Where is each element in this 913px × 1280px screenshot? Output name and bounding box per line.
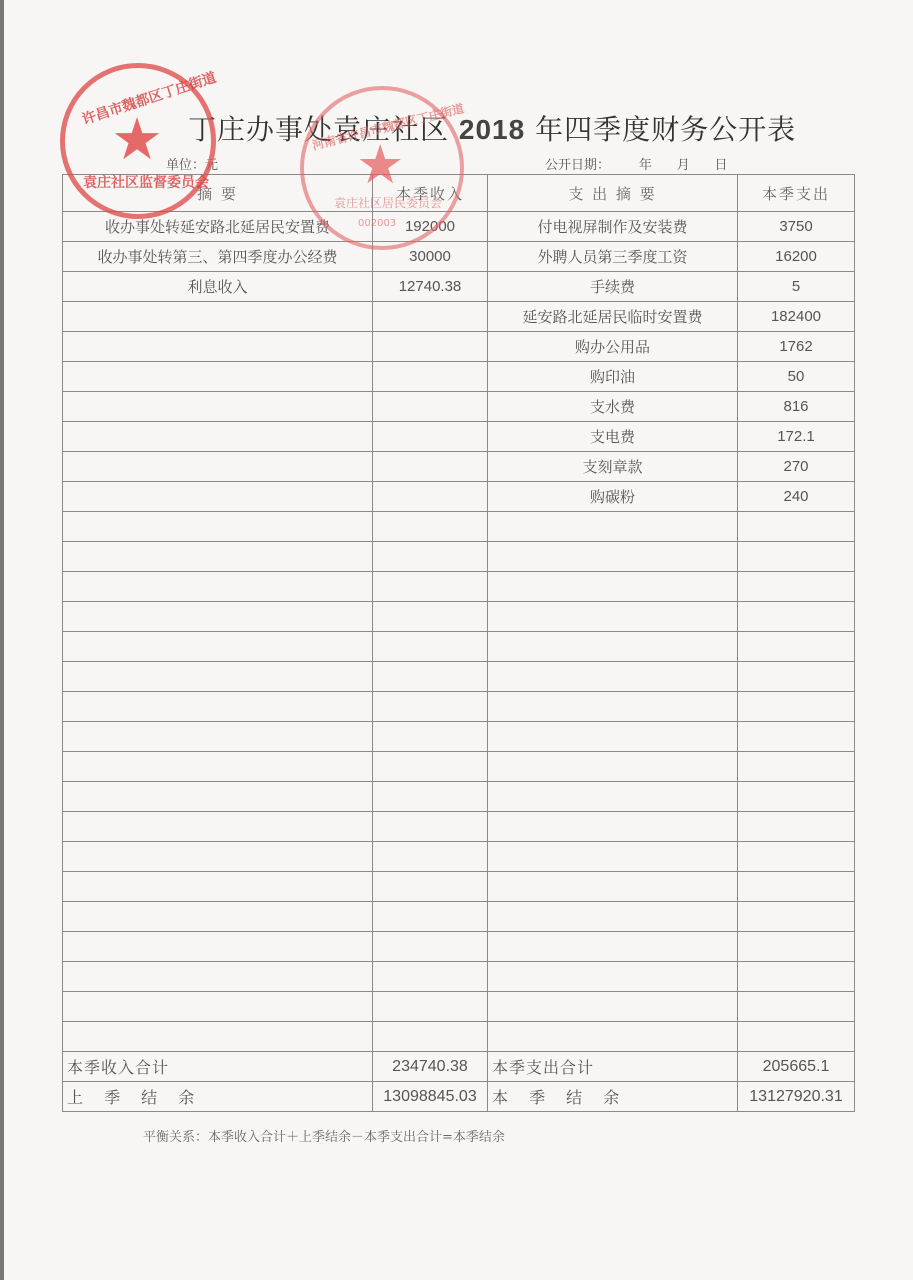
income-summary-cell — [63, 992, 373, 1022]
income-summary-cell — [63, 722, 373, 752]
income-summary-cell — [63, 932, 373, 962]
income-summary-cell — [63, 752, 373, 782]
income-summary-cell — [63, 812, 373, 842]
title-prefix: 丁庄办事处袁庄社区 — [188, 113, 459, 146]
income-amount-cell — [373, 782, 488, 812]
income-summary-cell — [63, 362, 373, 392]
table-row — [63, 602, 855, 632]
expense-amount-cell — [738, 542, 855, 572]
expense-summary-cell: 购碳粉 — [488, 482, 738, 512]
income-summary-cell — [63, 842, 373, 872]
expense-amount-cell — [738, 962, 855, 992]
expense-summary-cell: 支刻章款 — [488, 452, 738, 482]
table-row — [63, 722, 855, 752]
expense-amount-cell — [738, 932, 855, 962]
summary-label: 本季收入合计 — [63, 1052, 373, 1082]
income-amount-cell — [373, 542, 488, 572]
expense-amount-cell: 270 — [738, 452, 855, 482]
table-row: 购办公用品1762 — [63, 332, 855, 362]
expense-summary-cell — [488, 572, 738, 602]
income-amount-cell — [373, 752, 488, 782]
table-row — [63, 932, 855, 962]
expense-amount-cell — [738, 692, 855, 722]
income-amount-cell — [373, 1022, 488, 1052]
expense-summary-cell — [488, 692, 738, 722]
header-expense-summary: 支 出 摘 要 — [488, 175, 738, 212]
expense-summary-cell — [488, 902, 738, 932]
expense-amount-cell — [738, 902, 855, 932]
expense-summary-cell — [488, 812, 738, 842]
table-row — [63, 812, 855, 842]
expense-summary-cell — [488, 602, 738, 632]
expense-amount-cell: 50 — [738, 362, 855, 392]
income-summary-cell — [63, 662, 373, 692]
income-amount-cell — [373, 392, 488, 422]
income-summary-cell — [63, 1022, 373, 1052]
table-row — [63, 542, 855, 572]
income-amount-cell — [373, 302, 488, 332]
income-amount-cell — [373, 932, 488, 962]
income-summary-cell — [63, 482, 373, 512]
expense-amount-cell: 3750 — [738, 212, 855, 242]
expense-summary-cell: 外聘人员第三季度工资 — [488, 242, 738, 272]
table-row — [63, 962, 855, 992]
expense-summary-cell: 付电视屏制作及安装费 — [488, 212, 738, 242]
income-summary-cell — [63, 512, 373, 542]
header-income-summary: 摘 要 — [63, 175, 373, 212]
income-amount-cell — [373, 332, 488, 362]
expense-summary-cell — [488, 872, 738, 902]
income-amount-cell — [373, 512, 488, 542]
income-summary-cell — [63, 602, 373, 632]
income-amount-cell — [373, 962, 488, 992]
income-summary-cell — [63, 542, 373, 572]
income-amount-cell: 12740.38 — [373, 272, 488, 302]
expense-summary-cell — [488, 842, 738, 872]
expense-summary-cell: 购印油 — [488, 362, 738, 392]
expense-summary-cell — [488, 752, 738, 782]
title-year: 2018 — [459, 114, 525, 145]
expense-summary-cell — [488, 722, 738, 752]
income-summary-cell: 利息收入 — [63, 272, 373, 302]
income-amount-cell — [373, 662, 488, 692]
expense-summary-cell: 支水费 — [488, 392, 738, 422]
expense-summary-cell: 购办公用品 — [488, 332, 738, 362]
expense-amount-cell — [738, 842, 855, 872]
unit-label: 单位：元 — [166, 154, 218, 173]
income-summary-cell — [63, 902, 373, 932]
expense-summary-cell — [488, 932, 738, 962]
expense-amount-cell: 182400 — [738, 302, 855, 332]
table-row — [63, 662, 855, 692]
expense-summary-cell: 延安路北延居民临时安置费 — [488, 302, 738, 332]
income-amount-cell — [373, 872, 488, 902]
page-edge — [0, 0, 4, 1280]
table-row: 支刻章款270 — [63, 452, 855, 482]
summary-value: 205665.1 — [738, 1052, 855, 1082]
table-row: 支电费172.1 — [63, 422, 855, 452]
expense-amount-cell — [738, 632, 855, 662]
expense-summary-cell — [488, 962, 738, 992]
table-row: 支水费816 — [63, 392, 855, 422]
table-row — [63, 1022, 855, 1052]
income-amount-cell — [373, 572, 488, 602]
expense-summary-cell — [488, 1022, 738, 1052]
income-summary-cell — [63, 632, 373, 662]
expense-amount-cell — [738, 602, 855, 632]
expense-amount-cell — [738, 752, 855, 782]
expense-amount-cell: 816 — [738, 392, 855, 422]
summary-label: 本 季 结 余 — [488, 1082, 738, 1112]
expense-summary-cell — [488, 782, 738, 812]
expense-summary-cell — [488, 632, 738, 662]
expense-amount-cell — [738, 782, 855, 812]
expense-summary-cell — [488, 512, 738, 542]
income-amount-cell — [373, 812, 488, 842]
income-summary-cell — [63, 692, 373, 722]
table-row — [63, 992, 855, 1022]
expense-amount-cell — [738, 512, 855, 542]
expense-amount-cell: 16200 — [738, 242, 855, 272]
income-summary-cell — [63, 962, 373, 992]
table-row: 购印油50 — [63, 362, 855, 392]
table-row: 购碳粉240 — [63, 482, 855, 512]
income-amount-cell: 192000 — [373, 212, 488, 242]
publish-date-label: 公开日期： 年 月 日 — [545, 154, 728, 173]
income-summary-cell — [63, 422, 373, 452]
table-row — [63, 902, 855, 932]
expense-amount-cell — [738, 1022, 855, 1052]
income-summary-cell — [63, 452, 373, 482]
table-row — [63, 692, 855, 722]
summary-label: 上 季 结 余 — [63, 1082, 373, 1112]
table-row — [63, 782, 855, 812]
header-row: 摘 要 本季收入 支 出 摘 要 本季支出 — [63, 175, 855, 212]
table-row — [63, 872, 855, 902]
table-row — [63, 572, 855, 602]
expense-amount-cell — [738, 872, 855, 902]
header-income-amount: 本季收入 — [373, 175, 488, 212]
expense-summary-cell — [488, 992, 738, 1022]
expense-amount-cell: 5 — [738, 272, 855, 302]
income-amount-cell — [373, 452, 488, 482]
summary-label: 本季支出合计 — [488, 1052, 738, 1082]
income-summary-cell — [63, 392, 373, 422]
finance-table: 摘 要 本季收入 支 出 摘 要 本季支出 收办事处转延安路北延居民安置费192… — [62, 174, 855, 1112]
header-expense-amount: 本季支出 — [738, 175, 855, 212]
expense-amount-cell: 1762 — [738, 332, 855, 362]
expense-summary-cell — [488, 542, 738, 572]
expense-amount-cell — [738, 812, 855, 842]
expense-summary-cell: 手续费 — [488, 272, 738, 302]
summary-value: 234740.38 — [373, 1052, 488, 1082]
income-amount-cell — [373, 422, 488, 452]
income-amount-cell: 30000 — [373, 242, 488, 272]
income-amount-cell — [373, 692, 488, 722]
income-amount-cell — [373, 482, 488, 512]
income-amount-cell — [373, 902, 488, 932]
balance-row: 上 季 结 余13098845.03本 季 结 余13127920.31 — [63, 1082, 855, 1112]
expense-amount-cell — [738, 722, 855, 752]
table-row — [63, 512, 855, 542]
expense-amount-cell: 240 — [738, 482, 855, 512]
income-summary-cell — [63, 782, 373, 812]
income-summary-cell: 收办事处转第三、第四季度办公经费 — [63, 242, 373, 272]
income-summary-cell — [63, 302, 373, 332]
expense-summary-cell — [488, 662, 738, 692]
table-row: 利息收入12740.38手续费5 — [63, 272, 855, 302]
document-title: 丁庄办事处袁庄社区 2018 年四季度财务公开表 — [188, 108, 788, 148]
star-icon: ★ — [111, 110, 163, 168]
expense-amount-cell: 172.1 — [738, 422, 855, 452]
income-amount-cell — [373, 722, 488, 752]
income-amount-cell — [373, 842, 488, 872]
table-row — [63, 842, 855, 872]
income-summary-cell — [63, 572, 373, 602]
table-row: 延安路北延居民临时安置费182400 — [63, 302, 855, 332]
expense-summary-cell: 支电费 — [488, 422, 738, 452]
table-row — [63, 752, 855, 782]
expense-amount-cell — [738, 662, 855, 692]
table-row — [63, 632, 855, 662]
expense-amount-cell — [738, 572, 855, 602]
summary-value: 13127920.31 — [738, 1082, 855, 1112]
table-row: 收办事处转第三、第四季度办公经费30000外聘人员第三季度工资16200 — [63, 242, 855, 272]
income-amount-cell — [373, 362, 488, 392]
balance-footnote: 平衡关系：本季收入合计＋上季结余－本季支出合计=本季结余 — [143, 1126, 505, 1145]
expense-amount-cell — [738, 992, 855, 1022]
income-amount-cell — [373, 992, 488, 1022]
title-suffix: 年四季度财务公开表 — [525, 113, 796, 146]
income-amount-cell — [373, 602, 488, 632]
summary-value: 13098845.03 — [373, 1082, 488, 1112]
income-amount-cell — [373, 632, 488, 662]
income-total-row: 本季收入合计234740.38本季支出合计205665.1 — [63, 1052, 855, 1082]
income-summary-cell — [63, 872, 373, 902]
income-summary-cell — [63, 332, 373, 362]
income-summary-cell: 收办事处转延安路北延居民安置费 — [63, 212, 373, 242]
table-row: 收办事处转延安路北延居民安置费192000付电视屏制作及安装费3750 — [63, 212, 855, 242]
